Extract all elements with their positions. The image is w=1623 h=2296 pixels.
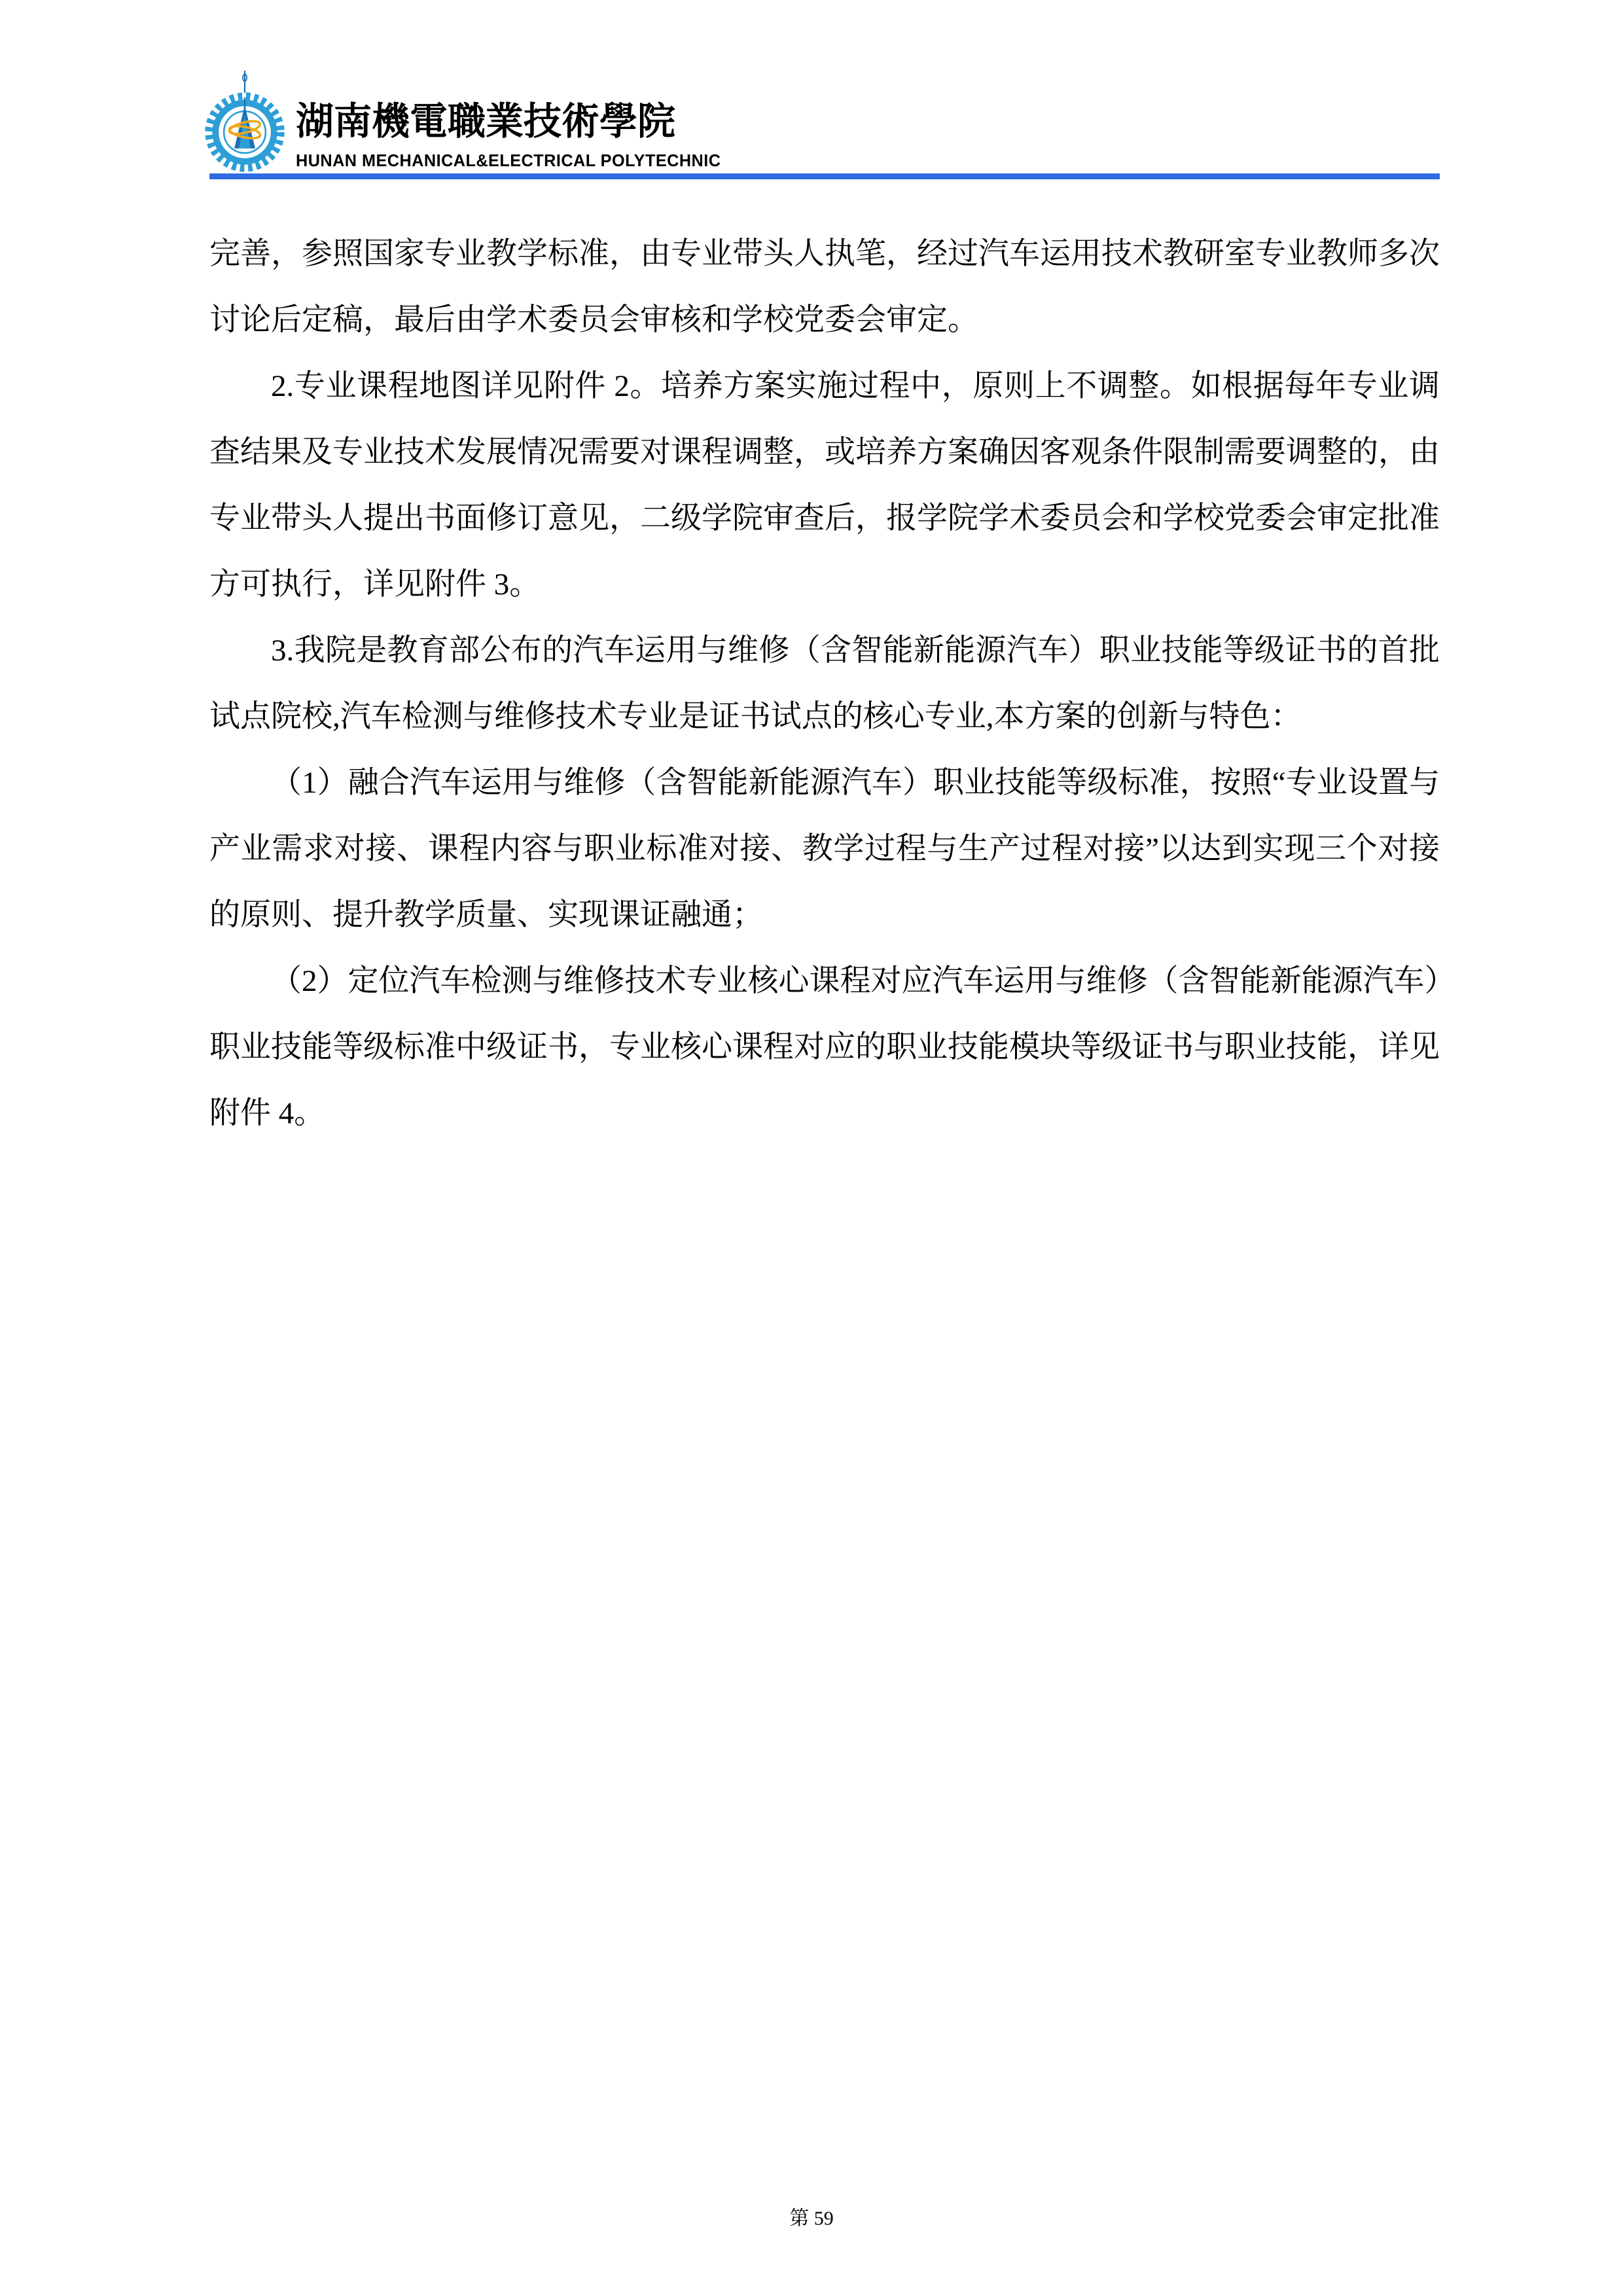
school-name-english: HUNAN MECHANICAL&ELECTRICAL POLYTECHNIC <box>296 151 721 171</box>
school-name-block: 湖南機電職業技術學院 HUNAN MECHANICAL&ELECTRICAL P… <box>296 68 734 171</box>
paragraph-2: 2.专业课程地图详见附件 2。培养方案实施过程中，原则上不调整。如根据每年专业调… <box>209 353 1440 618</box>
paragraph-4: （1）融合汽车运用与维修（含智能新能源汽车）职业技能等级标准，按照“专业设置与产… <box>209 750 1440 948</box>
page-header: 湖南機電職業技術學院 HUNAN MECHANICAL&ELECTRICAL P… <box>204 68 734 175</box>
school-name-chinese: 湖南機電職業技術學院 <box>296 90 734 145</box>
paragraph-5: （2）定位汽车检测与维修技术专业核心课程对应汽车运用与维修（含智能新能源汽车）职… <box>209 948 1440 1147</box>
header-divider <box>209 173 1440 179</box>
document-page: 湖南機電職業技術學院 HUNAN MECHANICAL&ELECTRICAL P… <box>0 0 1623 2296</box>
school-logo-icon <box>204 68 285 175</box>
page-number: 第 59 <box>789 2208 834 2229</box>
page-footer: 第 59 <box>0 2207 1623 2231</box>
paragraph-3: 3.我院是教育部公布的汽车运用与维修（含智能新能源汽车）职业技能等级证书的首批试… <box>209 618 1440 750</box>
paragraph-1: 完善，参照国家专业教学标准，由专业带头人执笔，经过汽车运用技术教研室专业教师多次… <box>209 221 1440 353</box>
document-body: 完善，参照国家专业教学标准，由专业带头人执笔，经过汽车运用技术教研室专业教师多次… <box>209 221 1440 1147</box>
